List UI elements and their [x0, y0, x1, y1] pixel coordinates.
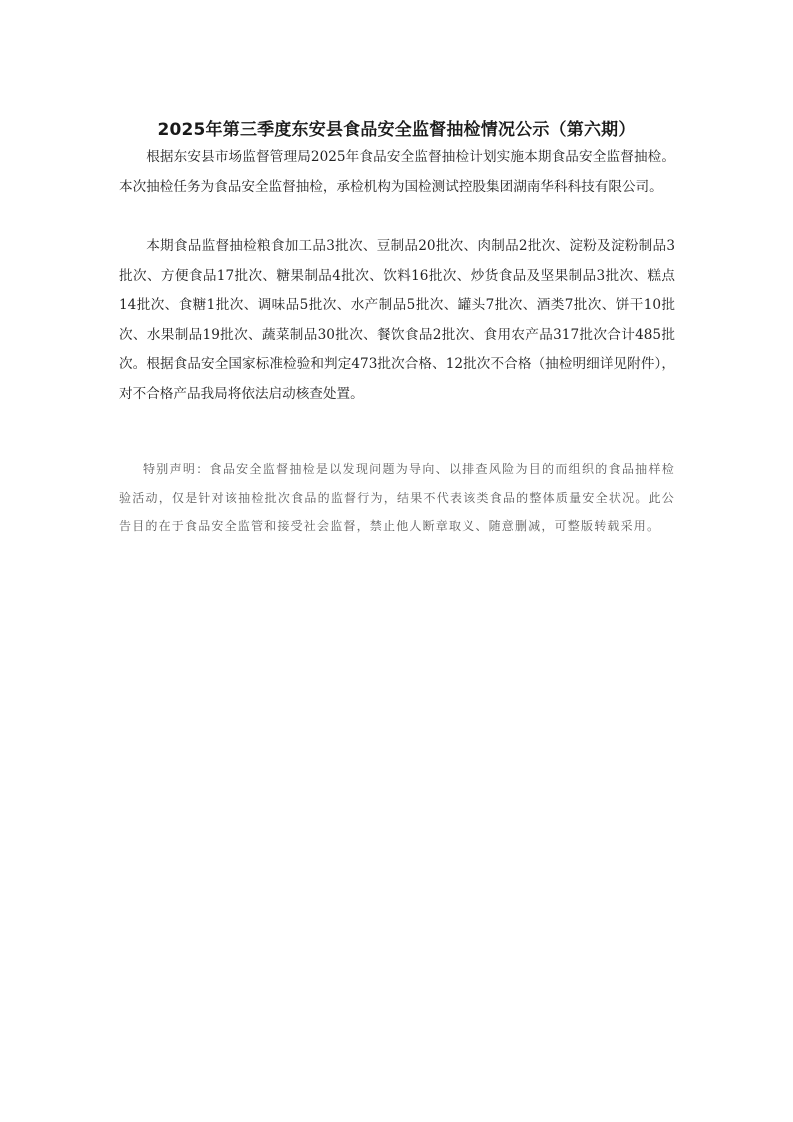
document-title: 2025年第三季度东安县食品安全监督抽检情况公示（第六期） — [0, 115, 793, 140]
document-page: 2025年第三季度东安县食品安全监督抽检情况公示（第六期） 根据东安县市场监督管… — [0, 0, 793, 1122]
special-notice-paragraph: 特别声明：食品安全监督抽检是以发现问题为导向、以排查风险为目的而组织的食品抽样检… — [119, 455, 675, 541]
intro-paragraph: 根据东安县市场监督管理局2025年食品安全监督抽检计划实施本期食品安全监督抽检。… — [119, 143, 675, 202]
inspection-results-paragraph: 本期食品监督抽检粮食加工品3批次、豆制品20批次、肉制品2批次、淀粉及淀粉制品3… — [119, 232, 675, 409]
